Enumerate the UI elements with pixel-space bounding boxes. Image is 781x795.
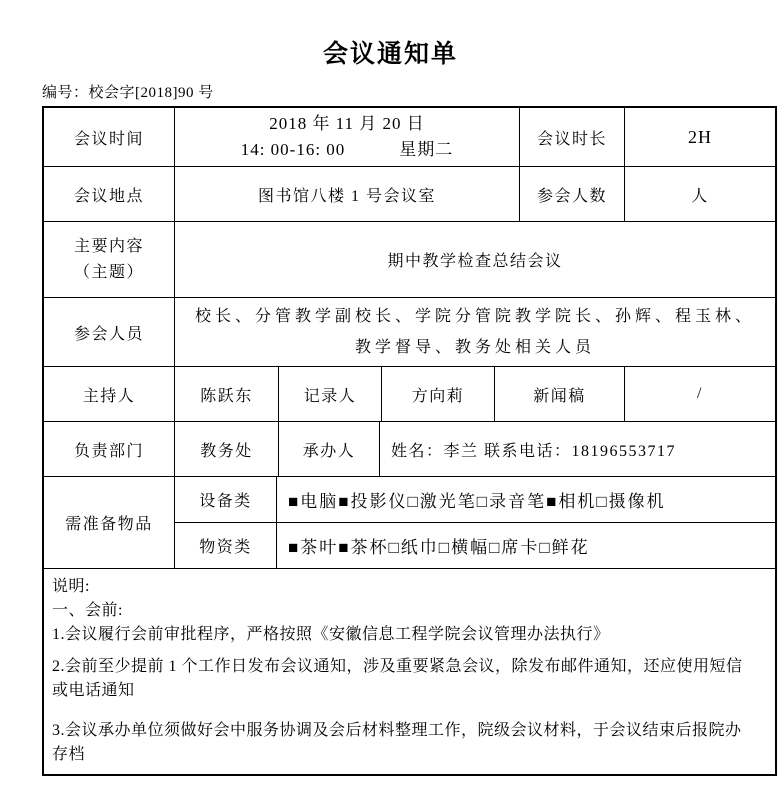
note-line: 说明: [52, 575, 765, 599]
organizer-value: 姓名：李兰 联系电话：18196553717 [380, 422, 775, 476]
meeting-time-row: 会议时间 2018 年 11 月 20 日 14: 00-16: 00 星期二 … [44, 108, 775, 167]
duration-label: 会议时长 [520, 108, 625, 166]
note-spacer [52, 647, 765, 655]
attendee-count-label: 参会人数 [520, 167, 625, 221]
meeting-notice-document: 会议通知单 编号：校会字[2018]90 号 会议时间 2018 年 11 月 … [0, 0, 781, 795]
meeting-time-label: 会议时间 [44, 108, 175, 166]
page-title: 会议通知单 [0, 0, 781, 70]
department-value: 教务处 [175, 422, 279, 476]
topic-label: 主要内容 （主题） [44, 222, 175, 297]
department-label: 负责部门 [44, 422, 175, 476]
recorder-label: 记录人 [279, 367, 382, 421]
topic-label-line2: （主题） [74, 260, 144, 286]
note-line: 3.会议承办单位须做好会中服务协调及会后材料整理工作，院级会议材料，于会议结束后… [52, 719, 765, 743]
participants-label: 参会人员 [44, 298, 175, 366]
preparation-row: 需准备物品 设备类 ■电脑■投影仪□激光笔□录音笔■相机□摄像机 物资类 ■茶叶… [44, 477, 775, 569]
note-spacer [52, 703, 765, 719]
location-label: 会议地点 [44, 167, 175, 221]
meeting-time-value: 2018 年 11 月 20 日 14: 00-16: 00 星期二 [175, 108, 520, 166]
preparation-stack: 设备类 ■电脑■投影仪□激光笔□录音笔■相机□摄像机 物资类 ■茶叶■茶杯□纸巾… [175, 477, 775, 568]
supplies-checklist: ■茶叶■茶杯□纸巾□横幅□席卡□鲜花 [277, 523, 775, 569]
meeting-hours: 14: 00-16: 00 星期二 [241, 137, 454, 163]
host-row: 主持人 陈跃东 记录人 方向莉 新闻稿 / [44, 367, 775, 422]
note-line: 存档 [52, 743, 765, 767]
note-line: 2.会前至少提前 1 个工作日发布会议通知，涉及重要紧急会议，除发布邮件通知，还… [52, 655, 765, 679]
note-line: 一、会前: [52, 599, 765, 623]
equipment-subrow: 设备类 ■电脑■投影仪□激光笔□录音笔■相机□摄像机 [175, 477, 775, 523]
department-row: 负责部门 教务处 承办人 姓名：李兰 联系电话：18196553717 [44, 422, 775, 477]
press-release-label: 新闻稿 [495, 367, 625, 421]
topic-label-line1: 主要内容 [74, 234, 144, 260]
preparation-label: 需准备物品 [44, 477, 175, 568]
topic-value: 期中教学检查总结会议 [175, 222, 775, 297]
duration-value: 2H [625, 108, 775, 166]
notes-section: 说明: 一、会前: 1.会议履行会前审批程序，严格按照《安徽信息工程学院会议管理… [44, 569, 775, 774]
attendee-count-value: 人 [625, 167, 775, 221]
organizer-label: 承办人 [279, 422, 380, 476]
supplies-subrow: 物资类 ■茶叶■茶杯□纸巾□横幅□席卡□鲜花 [175, 523, 775, 569]
location-value: 图书馆八楼 1 号会议室 [175, 167, 520, 221]
topic-row: 主要内容 （主题） 期中教学检查总结会议 [44, 222, 775, 298]
meeting-date: 2018 年 11 月 20 日 [269, 111, 425, 137]
doc-number: 编号：校会字[2018]90 号 [42, 81, 781, 102]
note-line: 或电话通知 [52, 679, 765, 703]
press-release-value: / [625, 367, 775, 421]
participants-value: 校长、分管教学副校长、学院分管院教学院长、孙辉、程玉林、教学督导、教务处相关人员 [175, 298, 775, 366]
host-value: 陈跃东 [175, 367, 279, 421]
equipment-checklist: ■电脑■投影仪□激光笔□录音笔■相机□摄像机 [277, 477, 775, 522]
supplies-label: 物资类 [175, 523, 277, 569]
recorder-value: 方向莉 [382, 367, 495, 421]
note-line: 1.会议履行会前审批程序，严格按照《安徽信息工程学院会议管理办法执行》 [52, 623, 765, 647]
participants-row: 参会人员 校长、分管教学副校长、学院分管院教学院长、孙辉、程玉林、教学督导、教务… [44, 298, 775, 367]
host-label: 主持人 [44, 367, 175, 421]
notice-table: 会议时间 2018 年 11 月 20 日 14: 00-16: 00 星期二 … [42, 106, 777, 776]
location-row: 会议地点 图书馆八楼 1 号会议室 参会人数 人 [44, 167, 775, 222]
equipment-label: 设备类 [175, 477, 277, 522]
